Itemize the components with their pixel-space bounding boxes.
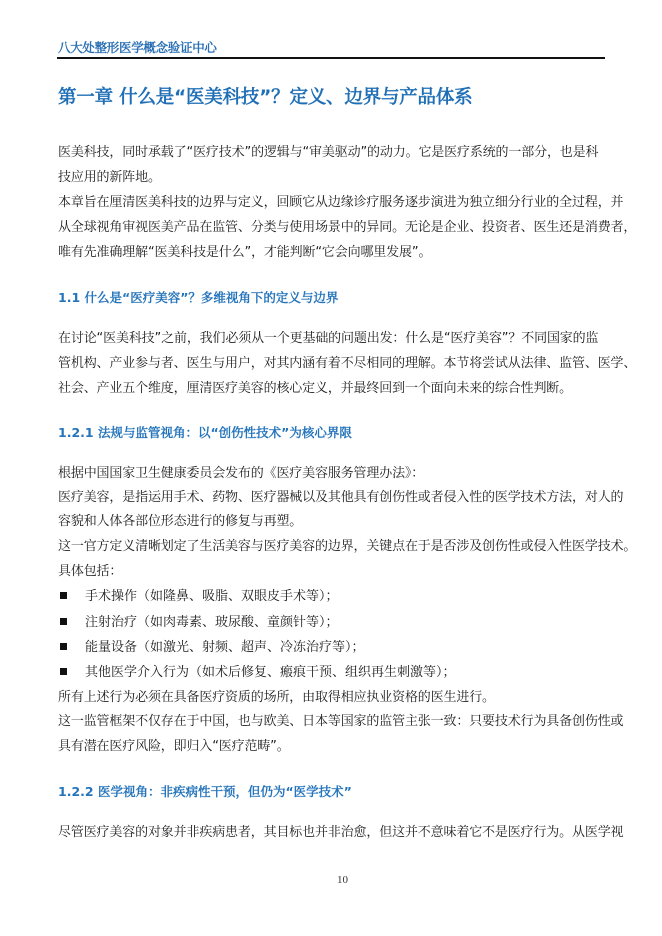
section-heading-1-2-1: 1.2.1 法规与监管视角：以“创伤性技术”为核心界限 bbox=[58, 423, 352, 441]
intro-line: 唯有先准确理解“医美科技是什么”，才能判断“它会向哪里发展”。 bbox=[58, 245, 431, 261]
section-1-1-line: 管机构、产业参与者、医生与用户，对其内涵有着不尽相同的理解。本节将尝试从法律、监… bbox=[58, 356, 636, 372]
section-heading-1-2-2: 1.2.2 医学视角：非疾病性干预，但仍为“医学技术” bbox=[58, 782, 352, 800]
section-1-2-1-line: 根据中国国家卫生健康委员会发布的《医疗美容服务管理办法》： bbox=[58, 466, 424, 482]
section-1-2-1-line: 容貌和人体各部位形态进行的修复与再塑。 bbox=[58, 514, 302, 530]
bullet-item: 能量设备（如激光、射频、超声、冷冻治疗等）； bbox=[58, 640, 365, 656]
chapter-title: 第一章 什么是“医美科技”？定义、边界与产品体系 bbox=[58, 83, 472, 109]
section-heading-1-1: 1.1 什么是“医疗美容”？多维视角下的定义与边界 bbox=[58, 288, 338, 306]
bullet-text: 能量设备（如激光、射频、超声、冷冻治疗等）； bbox=[85, 640, 365, 655]
section-1-2-1-line: 这一官方定义清晰划定了生活美容与医疗美容的边界，关键点在于是否涉及创伤性或侵入性… bbox=[58, 539, 636, 555]
section-1-2-2-line: 尽管医疗美容的对象并非疾病患者，其目标也并非治愈，但这并不意味着它不是医疗行为。… bbox=[58, 825, 623, 841]
section-1-2-1-line: 医疗美容，是指运用手术、药物、医疗器械以及其他具有创伤性或者侵入性的医学技术方法… bbox=[58, 490, 623, 506]
bullet-text: 手术操作（如隆鼻、吸脂、双眼皮手术等）； bbox=[85, 589, 339, 604]
section-1-2-1-line: 这一监管框架不仅存在于中国，也与欧美、日本等国家的监管主张一致：只要技术行为具备… bbox=[58, 714, 623, 730]
square-bullet-icon bbox=[60, 618, 67, 625]
square-bullet-icon bbox=[60, 592, 67, 599]
bullet-item: 其他医学介入行为（如术后修复、瘢痕干预、组织再生刺激等）； bbox=[58, 665, 456, 681]
intro-line: 医美科技，同时承载了“医疗技术”的逻辑与“审美驱动”的动力。它是医疗系统的一部分… bbox=[58, 145, 598, 161]
square-bullet-icon bbox=[60, 668, 67, 675]
section-1-2-1-line: 具体包括： bbox=[58, 564, 122, 580]
section-1-1-line: 社会、产业五个维度，厘清医疗美容的核心定义，并最终回到一个面向未来的综合性判断。 bbox=[58, 381, 572, 397]
running-header: 八大处整形医学概念验证中心 bbox=[58, 38, 217, 56]
header-rule bbox=[57, 57, 605, 59]
bullet-text: 注射治疗（如肉毒素、玻尿酸、童颜针等）； bbox=[85, 615, 339, 630]
bullet-item: 手术操作（如隆鼻、吸脂、双眼皮手术等）； bbox=[58, 589, 339, 605]
bullet-text: 其他医学介入行为（如术后修复、瘢痕干预、组织再生刺激等）； bbox=[85, 665, 456, 680]
intro-line: 从全球视角审视医美产品在监管、分类与使用场景中的异同。无论是企业、投资者、医生还… bbox=[58, 220, 636, 236]
intro-line: 本章旨在厘清医美科技的边界与定义，回顾它从边缘诊疗服务逐步演进为独立细分行业的全… bbox=[58, 195, 623, 211]
section-1-2-1-line: 所有上述行为必须在具备医疗资质的场所，由取得相应执业资格的医生进行。 bbox=[58, 690, 495, 706]
document-page: 八大处整形医学概念验证中心 第一章 什么是“医美科技”？定义、边界与产品体系 医… bbox=[0, 0, 662, 936]
section-1-1-line: 在讨论“医美科技”之前，我们必须从一个更基础的问题出发：什么是“医疗美容”？不同… bbox=[58, 331, 598, 347]
section-1-2-1-line: 具有潜在医疗风险，即归入“医疗范畴”。 bbox=[58, 739, 290, 755]
square-bullet-icon bbox=[60, 643, 67, 650]
bullet-item: 注射治疗（如肉毒素、玻尿酸、童颜针等）； bbox=[58, 615, 339, 631]
intro-line: 技应用的新阵地。 bbox=[58, 170, 161, 186]
page-number: 10 bbox=[337, 874, 348, 886]
